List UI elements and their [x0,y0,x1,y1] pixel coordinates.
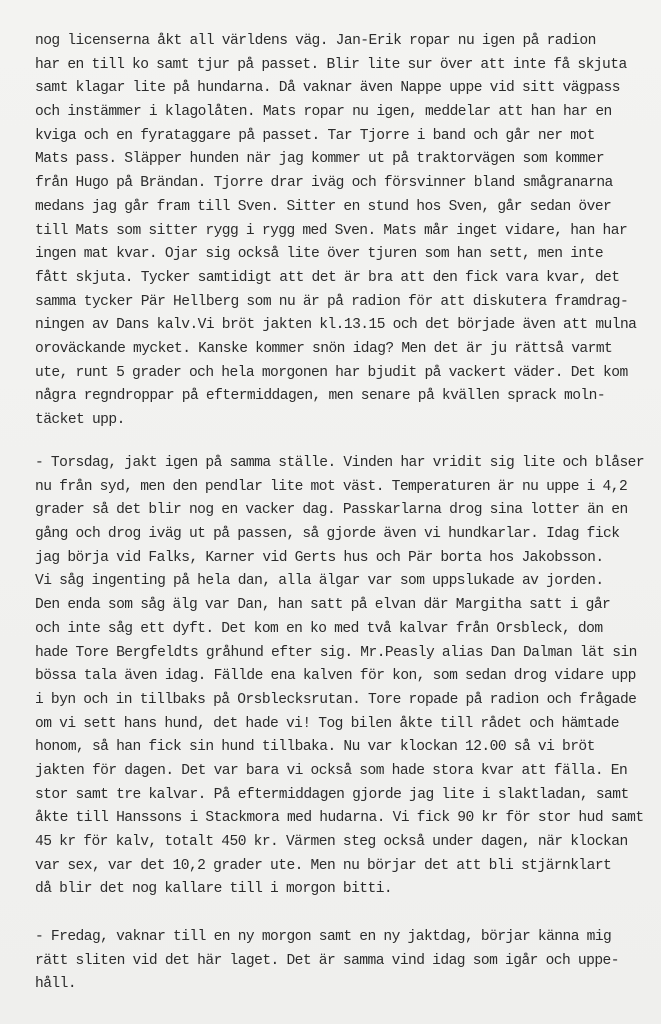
text-line: åkte till Hanssons i Stackmora med hudar… [35,807,655,831]
text-line: nu från syd, men den pendlar lite mot vä… [35,476,655,500]
text-line: till Mats som sitter rygg i rygg med Sve… [35,220,655,244]
text-line: och instämmer i klagolåten. Mats ropar n… [35,101,655,125]
text-line: täcket upp. [35,409,655,433]
text-line: var sex, var det 10,2 grader ute. Men nu… [35,855,655,879]
paragraph-wednesday-continued: nog licenserna åkt all världens väg. Jan… [35,30,655,433]
text-line: i byn och in tillbaks på Orsblecksrutan.… [35,689,655,713]
text-line: medans jag går fram till Sven. Sitter en… [35,196,655,220]
text-line: då blir det nog kallare till i morgon bi… [35,878,655,902]
text-line: Vi såg ingenting på hela dan, alla älgar… [35,570,655,594]
text-line: stor samt tre kalvar. På eftermiddagen g… [35,784,655,808]
text-line: samt klagar lite på hundarna. Då vaknar … [35,77,655,101]
text-line: kviga och en fyrataggare på passet. Tar … [35,125,655,149]
text-line: från Hugo på Brändan. Tjorre drar iväg o… [35,172,655,196]
text-line: gång och drog iväg ut på passen, så gjor… [35,523,655,547]
text-line: och inte såg ett dyft. Det kom en ko med… [35,618,655,642]
text-line: jakten för dagen. Det var bara vi också … [35,760,655,784]
text-line: 45 kr för kalv, totalt 450 kr. Värmen st… [35,831,655,855]
text-line: bössa tala även idag. Fällde ena kalven … [35,665,655,689]
text-line: - Fredag, vaknar till en ny morgon samt … [35,926,655,950]
text-line: - Torsdag, jakt igen på samma ställe. Vi… [35,452,655,476]
text-line: oroväckande mycket. Kanske kommer snön i… [35,338,655,362]
text-line: fått skjuta. Tycker samtidigt att det är… [35,267,655,291]
typewritten-page: nog licenserna åkt all världens väg. Jan… [0,0,661,1024]
text-line: samma tycker Pär Hellberg som nu är på r… [35,291,655,315]
text-line: Den enda som såg älg var Dan, han satt p… [35,594,655,618]
text-line: om vi sett hans hund, det hade vi! Tog b… [35,713,655,737]
text-line: hade Tore Bergfeldts gråhund efter sig. … [35,642,655,666]
text-line: jag börja vid Falks, Karner vid Gerts hu… [35,547,655,571]
text-line: några regndroppar på eftermiddagen, men … [35,385,655,409]
text-line: ningen av Dans kalv.Vi bröt jakten kl.13… [35,314,655,338]
text-line: honom, så han fick sin hund tillbaka. Nu… [35,736,655,760]
text-line: ute, runt 5 grader och hela morgonen har… [35,362,655,386]
text-line: ingen mat kvar. Ojar sig också lite över… [35,243,655,267]
text-line: har en till ko samt tjur på passet. Blir… [35,54,655,78]
paragraph-friday: - Fredag, vaknar till en ny morgon samt … [35,926,655,997]
text-line: grader så det blir nog en vacker dag. Pa… [35,499,655,523]
paragraph-thursday: - Torsdag, jakt igen på samma ställe. Vi… [35,452,655,902]
text-line: Mats pass. Släpper hunden när jag kommer… [35,148,655,172]
text-line: nog licenserna åkt all världens väg. Jan… [35,30,655,54]
text-line: rätt sliten vid det här laget. Det är sa… [35,950,655,974]
text-line: håll. [35,973,655,997]
